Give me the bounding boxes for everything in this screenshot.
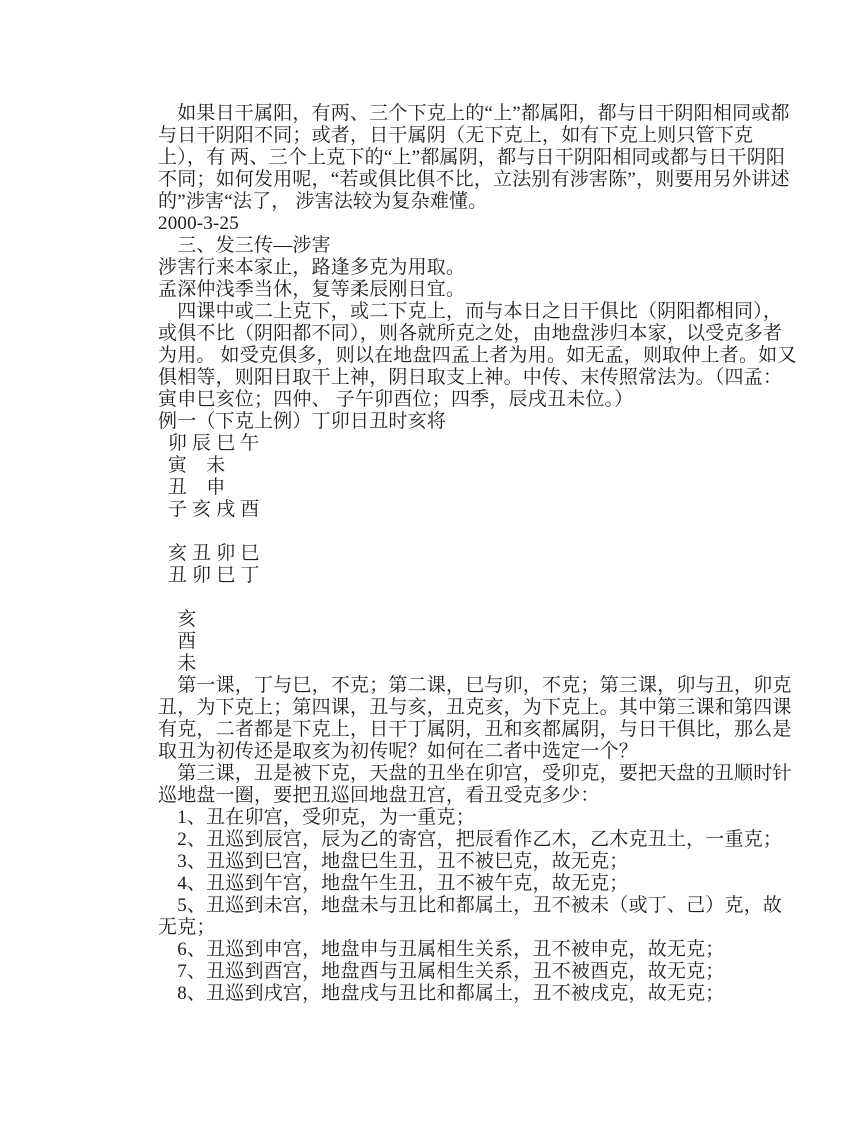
text-line: 四课中或二上克下，或二下克上，而与本日之日干俱比（阴阳都相同）， — [158, 301, 838, 323]
text-line: 为用。 如受克俱多，则以在地盘四孟上者为用。如无孟，则取仲上者。如又 — [158, 345, 838, 367]
document-page: 如果日干属阳，有两、三个下克上的“上”都属阳，都与日干阴阳相同或都与日干阴阳不同… — [0, 0, 866, 1122]
text-line: 三、发三传—涉害 — [158, 235, 838, 257]
text-line: 俱相等，则阳日取干上神，阴日取支上神。中传、末传照常法为。（四孟： — [158, 367, 838, 389]
text-line: 2、丑巡到辰宫，辰为乙的寄宫，把辰看作乙木，乙木克丑土，一重克； — [158, 829, 838, 851]
text-line: 第一课，丁与巳，不克；第二课，巳与卯，不克；第三课，卯与丑，卯克 — [158, 675, 838, 697]
text-line: 丑，为下克上；第四课，丑与亥，丑克亥，为下克上。其中第三课和第四课 — [158, 697, 838, 719]
text-line: 无克； — [158, 917, 838, 939]
text-line: 亥 — [158, 609, 838, 631]
text-line: 的”涉害“法了， 涉害法较为复杂难懂。 — [158, 191, 838, 213]
text-line: 子 亥 戌 酉 — [158, 499, 838, 521]
text-line: 丑 卯 巳 丁 — [158, 565, 838, 587]
text-line: 取丑为初传还是取亥为初传呢？如何在二者中选定一个？ — [158, 741, 838, 763]
text-line: 寅 未 — [158, 455, 838, 477]
text-line: 涉害行来本家止，路逢多克为用取。 — [158, 257, 838, 279]
text-line: 1、丑在卯宫，受卯克，为一重克； — [158, 807, 838, 829]
text-line: 与日干阴阳不同；或者，日干属阴（无下克上，如有下克上则只管下克 — [158, 125, 838, 147]
text-line: 6、丑巡到申宫，地盘申与丑属相生关系，丑不被申克，故无克； — [158, 939, 838, 961]
text-line: 酉 — [158, 631, 838, 653]
blank-line — [158, 587, 838, 609]
text-line: 上），有 两、三个上克下的“上”都属阴，都与日干阴阳相同或都与日干阴阳 — [158, 147, 838, 169]
text-line: 如果日干属阳，有两、三个下克上的“上”都属阳，都与日干阴阳相同或都 — [158, 103, 838, 125]
text-line: 丑 申 — [158, 477, 838, 499]
text-line: 或俱不比（阴阳都不同），则各就所克之处，由地盘涉归本家，以受克多者 — [158, 323, 838, 345]
text-line: 7、丑巡到酉宫，地盘酉与丑属相生关系，丑不被酉克，故无克； — [158, 961, 838, 983]
blank-line — [158, 521, 838, 543]
text-line: 亥 丑 卯 巳 — [158, 543, 838, 565]
text-line: 孟深仲浅季当休，复等柔辰刚日宜。 — [158, 279, 838, 301]
text-line: 5、丑巡到未宫，地盘未与丑比和都属土，丑不被未（或丁、己）克，故 — [158, 895, 838, 917]
text-line: 第三课，丑是被下克，天盘的丑坐在卯宫，受卯克，要把天盘的丑顺时针 — [158, 763, 838, 785]
text-line: 未 — [158, 653, 838, 675]
text-line: 8、丑巡到戌宫，地盘戌与丑比和都属土，丑不被戌克，故无克； — [158, 983, 838, 1005]
text-line: 4、丑巡到午宫，地盘午生丑，丑不被午克，故无克； — [158, 873, 838, 895]
text-line: 3、丑巡到巳宫，地盘巳生丑，丑不被巳克，故无克； — [158, 851, 838, 873]
text-line: 2000-3-25 — [158, 213, 838, 235]
text-line: 卯 辰 巳 午 — [158, 433, 838, 455]
text-line: 不同；如何发用呢，“若或俱比俱不比，立法别有涉害陈”，则要用另外讲述 — [158, 169, 838, 191]
text-line: 寅申巳亥位；四仲、 子午卯酉位；四季，辰戌丑未位。） — [158, 389, 838, 411]
text-line: 巡地盘一圈，要把丑巡回地盘丑宫，看丑受克多少： — [158, 785, 838, 807]
text-line: 有克，二者都是下克上，日干丁属阴，丑和亥都属阴，与日干俱比，那么是 — [158, 719, 838, 741]
text-block: 如果日干属阳，有两、三个下克上的“上”都属阳，都与日干阴阳相同或都与日干阴阳不同… — [158, 103, 838, 1005]
text-line: 例一（下克上例）丁卯日丑时亥将 — [158, 411, 838, 433]
